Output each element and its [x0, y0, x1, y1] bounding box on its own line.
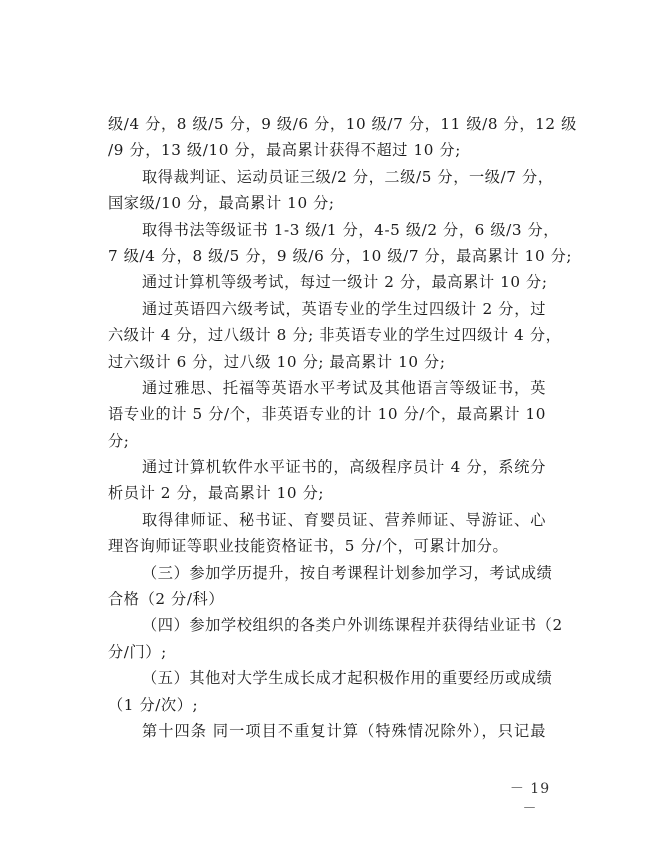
text-line: 通过英语四六级考试，英语专业的学生过四级计 2 分，过: [108, 296, 546, 322]
text-line: 通过雅思、托福等英语水平考试及其他语言等级证书，英: [108, 375, 546, 401]
text-line: 析员计 2 分，最高累计 10 分;: [108, 480, 546, 506]
text-line: 取得裁判证、运动员证三级/2 分，二级/5 分，一级/7 分，: [108, 164, 546, 190]
text-line: /9 分，13 级/10 分，最高累计获得不超过 10 分;: [108, 137, 546, 163]
page-number: － 19 －: [500, 778, 560, 818]
text-line: 7 级/4 分，8 级/5 分，9 级/6 分，10 级/7 分，最高累计 10…: [108, 243, 546, 269]
text-line: 取得律师证、秘书证、育婴员证、营养师证、导游证、心: [108, 507, 546, 533]
text-line: （三）参加学历提升，按自考课程计划参加学习，考试成绩: [108, 560, 546, 586]
text-line: （1 分/次）;: [108, 692, 546, 718]
text-line: 分/门）;: [108, 639, 546, 665]
text-line: 过六级计 6 分，过八级 10 分; 最高累计 10 分;: [108, 349, 546, 375]
text-line: 通过计算机软件水平证书的，高级程序员计 4 分，系统分: [108, 454, 546, 480]
text-line: 第十四条 同一项目不重复计算（特殊情况除外），只记最: [108, 718, 546, 744]
text-line: 合格（2 分/科）: [108, 586, 546, 612]
body-text: 级/4 分，8 级/5 分，9 级/6 分，10 级/7 分，11 级/8 分，…: [108, 111, 546, 744]
text-line: 取得书法等级证书 1-3 级/1 分，4-5 级/2 分，6 级/3 分，: [108, 217, 546, 243]
text-line: 通过计算机等级考试，每过一级计 2 分，最高累计 10 分;: [108, 269, 546, 295]
text-line: 理咨询师证等职业技能资格证书，5 分/个，可累计加分。: [108, 533, 546, 559]
text-line: 分;: [108, 428, 546, 454]
text-line: （四）参加学校组织的各类户外训练课程并获得结业证书（2: [108, 612, 546, 638]
document-page: 级/4 分，8 级/5 分，9 级/6 分，10 级/7 分，11 级/8 分，…: [0, 0, 652, 855]
text-line: 语专业的计 5 分/个，非英语专业的计 10 分/个，最高累计 10: [108, 401, 546, 427]
text-line: （五）其他对大学生成长成才起积极作用的重要经历或成绩: [108, 665, 546, 691]
text-line: 级/4 分，8 级/5 分，9 级/6 分，10 级/7 分，11 级/8 分，…: [108, 111, 546, 137]
text-line: 国家级/10 分，最高累计 10 分;: [108, 190, 546, 216]
text-line: 六级计 4 分，过八级计 8 分; 非英语专业的学生过四级计 4 分，: [108, 322, 546, 348]
